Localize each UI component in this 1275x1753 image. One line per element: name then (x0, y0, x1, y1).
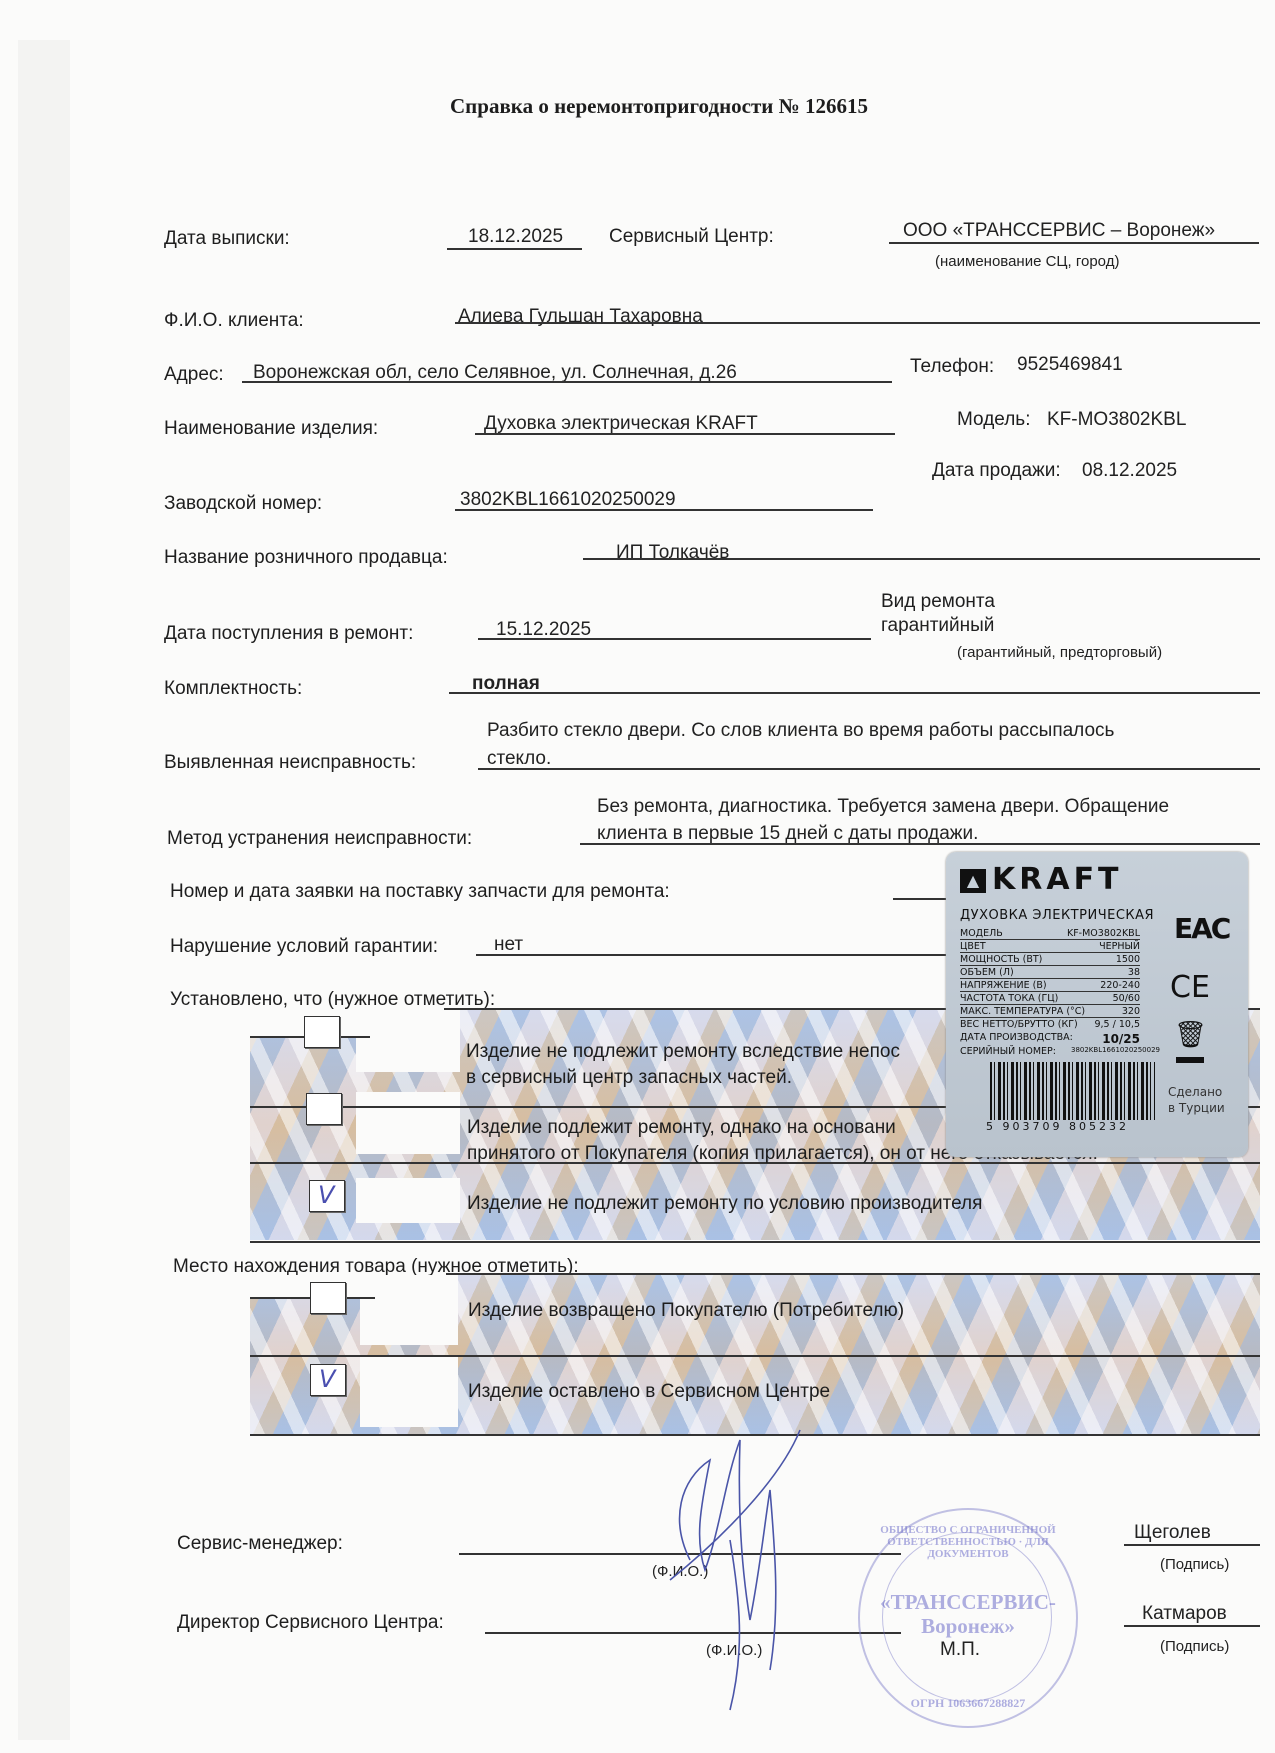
retailer-value: ИП Толкачёв (616, 542, 729, 564)
issue-date-value: 18.12.2025 (468, 226, 563, 248)
sale-date-value: 08.12.2025 (1082, 460, 1177, 482)
origin-line-2: в Турции (1168, 1100, 1225, 1116)
address-line (242, 381, 892, 383)
serial-value: 3802KBL1661020250029 (460, 489, 676, 511)
manager-signature-hint: (Подпись) (1160, 1556, 1229, 1573)
retailer-label: Название розничного продавца: (164, 547, 448, 569)
band-notch (360, 1357, 458, 1427)
kraft-logo-icon: ▲ (960, 869, 986, 893)
director-signature-hint: (Подпись) (1160, 1638, 1229, 1655)
spec-value: 1500 (1116, 954, 1140, 965)
location-option-1: Изделие оставлено в Сервисном Центре (468, 1381, 830, 1403)
client-name-line (455, 322, 1260, 324)
service-center-line (889, 242, 1259, 244)
country-of-origin: Сделанов Турции (1168, 1084, 1225, 1116)
check-mark: V (319, 1365, 335, 1393)
checkbox-established-0[interactable] (304, 1016, 340, 1048)
parts-request-line (893, 898, 953, 900)
established-option-2: Изделие не подлежит ремонту по условию п… (467, 1193, 982, 1215)
band-notch (356, 1092, 460, 1154)
stamp-center-line-1: «ТРАНССЕРВИС- (860, 1590, 1076, 1615)
spec-key: ОБЪЕМ (Л) (960, 967, 1014, 978)
spec-row: СЕРИЙНЫЙ НОМЕР:3802KBL1661020250029 (960, 1046, 1160, 1057)
repair-type-value: гарантийный (881, 615, 994, 637)
checkbox-location-1[interactable]: V (310, 1364, 346, 1396)
checkbox-established-1[interactable] (306, 1093, 342, 1125)
defect-line-1: Разбито стекло двери. Со слов клиента во… (487, 720, 1114, 742)
parts-request-label: Номер и дата заявки на поставку запчасти… (170, 881, 670, 903)
page-title: Справка о неремонтопригодности № 126615 (450, 94, 868, 119)
spec-row: ОБЪЕМ (Л)38 (960, 967, 1140, 979)
stamp-ogrn: ОГРН 1063667288827 (860, 1696, 1076, 1711)
spec-key: МОДЕЛЬ (960, 928, 1003, 939)
spec-value: 38 (1128, 967, 1140, 978)
scan-edge (18, 40, 70, 1740)
phone-value: 9525469841 (1017, 354, 1123, 376)
manager-label: Сервис-менеджер: (177, 1533, 343, 1555)
spec-value: ЧЕРНЫЙ (1099, 941, 1140, 952)
repair-type-label: Вид ремонта (881, 591, 995, 613)
completeness-line (449, 692, 1260, 694)
spec-value: 9,5 / 10,5 (1094, 1019, 1140, 1030)
stamp-outer-text: ОБЩЕСТВО С ОГРАНИЧЕННОЙ ОТВЕТСТВЕННОСТЬЮ… (860, 1524, 1076, 1560)
checkbox-location-0[interactable] (310, 1282, 346, 1314)
spec-key: ДАТА ПРОИЗВОДСТВА: (960, 1032, 1073, 1046)
defect-line-2: стекло. (487, 748, 551, 770)
model-label: Модель: (957, 409, 1030, 431)
spec-row: МАКС. ТЕМПЕРАТУРА (°C)320 (960, 1006, 1140, 1018)
brand-name: KRAFT (992, 862, 1123, 897)
spec-value: 320 (1122, 1006, 1140, 1017)
service-center-value: ООО «ТРАНССЕРВИС – Воронеж» (903, 220, 1215, 242)
barcode-number: 5 903709 805232 (986, 1120, 1129, 1133)
spec-row: ЦВЕТЧЕРНЫЙ (960, 941, 1140, 953)
spec-key: МАКС. ТЕМПЕРАТУРА (°C) (960, 1006, 1085, 1017)
band-notch (360, 1275, 458, 1345)
spec-row: ЧАСТОТА ТОКА (ГЦ)50/60 (960, 993, 1140, 1005)
repair-date-line (478, 638, 871, 640)
defect-label: Выявленная неисправность: (164, 752, 416, 774)
band-notch (356, 1010, 460, 1072)
issue-date-line (447, 248, 582, 250)
label-heading: ДУХОВКА ЭЛЕКТРИЧЕСКАЯ (960, 908, 1154, 923)
spec-key: ВЕС НЕТТО/БРУТТО (КГ) (960, 1019, 1078, 1030)
spec-value: 50/60 (1113, 993, 1140, 1004)
phone-label: Телефон: (910, 356, 994, 378)
product-name-value: Духовка электрическая KRAFT (484, 413, 758, 435)
method-label: Метод устранения неисправности: (167, 828, 472, 850)
spec-row: МОЩНОСТЬ (ВТ)1500 (960, 954, 1140, 966)
check-mark: V (318, 1181, 334, 1209)
band-notch (356, 1178, 460, 1223)
established-option-0-line2: в сервисный центр запасных частей. (466, 1067, 792, 1089)
repair-type-hint: (гарантийный, предторговый) (957, 644, 1162, 661)
spec-row: ДАТА ПРОИЗВОДСТВА:10/25 (960, 1032, 1140, 1046)
warranty-violation-label: Нарушение условий гарантии: (170, 936, 438, 958)
sale-date-label: Дата продажи: (932, 460, 1061, 482)
manager-name: Щеголев (1134, 1522, 1211, 1544)
retailer-line (583, 558, 1260, 560)
option-divider (250, 1355, 1260, 1357)
client-name-label: Ф.И.О. клиента: (164, 310, 304, 332)
repair-date-label: Дата поступления в ремонт: (164, 623, 413, 645)
issue-date-label: Дата выписки: (164, 228, 290, 250)
established-option-0-line1: Изделие не подлежит ремонту вследствие н… (466, 1041, 900, 1063)
option-divider (250, 1241, 1260, 1243)
ce-mark-icon: CE (1170, 970, 1210, 1005)
location-option-0: Изделие возвращено Покупателю (Потребите… (468, 1300, 904, 1322)
serial-label: Заводской номер: (164, 493, 322, 515)
spec-value: 10/25 (1102, 1032, 1140, 1046)
kraft-logo: ▲KRAFT (960, 862, 1123, 897)
spec-key: НАПРЯЖЕНИЕ (В) (960, 980, 1047, 991)
spec-value: KF-MO3802KBL (1067, 928, 1140, 939)
spec-row: ВЕС НЕТТО/БРУТТО (КГ)9,5 / 10,5 (960, 1019, 1140, 1030)
method-line-1: Без ремонта, диагностика. Требуется заме… (597, 796, 1169, 818)
spec-value: 220-240 (1100, 980, 1140, 991)
model-value: KF-MO3802KBL (1047, 409, 1186, 431)
method-line-2: клиента в первые 15 дней с даты продажи. (597, 823, 978, 845)
weee-bin-icon: 🗑 (1174, 1020, 1207, 1050)
band-notch (250, 1010, 356, 1036)
completeness-label: Комплектность: (164, 678, 302, 700)
service-center-label: Сервисный Центр: (609, 226, 774, 248)
eac-mark-icon: EAC (1174, 912, 1229, 945)
company-stamp: ОБЩЕСТВО С ОГРАНИЧЕННОЙ ОТВЕТСТВЕННОСТЬЮ… (858, 1508, 1078, 1728)
spec-row: МОДЕЛЬKF-MO3802KBL (960, 928, 1140, 940)
director-signature-line (1124, 1625, 1260, 1627)
spec-key: МОЩНОСТЬ (ВТ) (960, 954, 1042, 965)
client-name-value: Алиева Гульшан Тахаровна (458, 306, 703, 328)
warranty-violation-line (476, 954, 946, 956)
address-label: Адрес: (164, 364, 224, 386)
spec-key: ЧАСТОТА ТОКА (ГЦ) (960, 993, 1058, 1004)
service-center-hint: (наименование СЦ, город) (935, 253, 1119, 270)
manager-signature-line (1124, 1544, 1260, 1546)
product-label-sticker: ▲KRAFT ДУХОВКА ЭЛЕКТРИЧЕСКАЯ МОДЕЛЬKF-MO… (946, 852, 1248, 1157)
handwritten-signature (630, 1420, 830, 1720)
serial-line (455, 509, 873, 511)
defect-line (478, 768, 1260, 770)
product-name-label: Наименование изделия: (164, 418, 378, 440)
method-line (580, 843, 1260, 845)
origin-line-1: Сделано (1168, 1084, 1225, 1100)
spec-key: ЦВЕТ (960, 941, 986, 952)
spec-row: НАПРЯЖЕНИЕ (В)220-240 (960, 980, 1140, 992)
director-name: Катмаров (1142, 1603, 1227, 1625)
director-label: Директор Сервисного Центра: (177, 1612, 444, 1634)
established-option-1-line1: Изделие подлежит ремонту, однако на осно… (467, 1117, 896, 1139)
spec-value: 3802KBL1661020250029 (1071, 1046, 1160, 1057)
spec-key: СЕРИЙНЫЙ НОМЕР: (960, 1046, 1056, 1057)
warranty-violation-value: нет (494, 934, 523, 956)
barcode (990, 1062, 1155, 1120)
product-name-line (475, 433, 895, 435)
stamp-center-line-2: Воронеж» (860, 1614, 1076, 1639)
checkbox-established-2[interactable]: V (309, 1180, 345, 1212)
weee-bar-icon (1176, 1057, 1204, 1063)
